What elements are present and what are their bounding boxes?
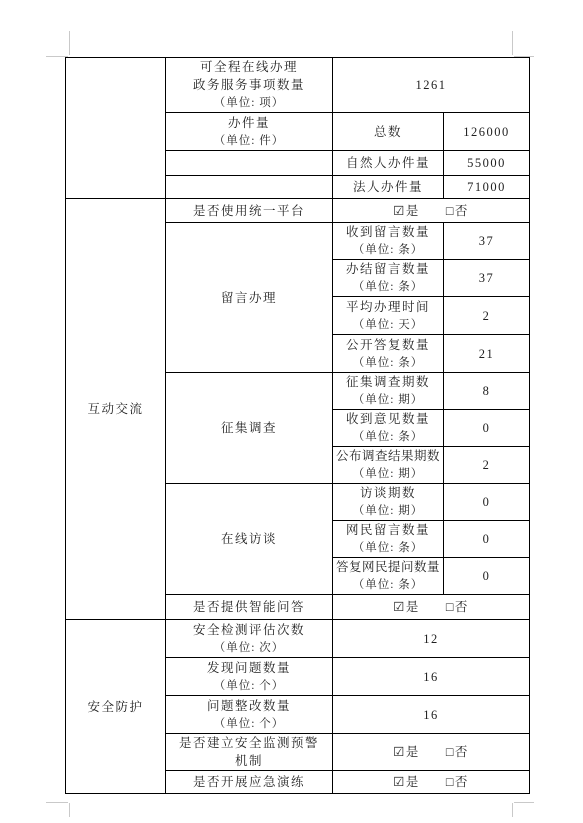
group-survey-collection: 征集调查 bbox=[166, 373, 333, 484]
unit-label: （单位: 条） bbox=[333, 428, 443, 446]
label-line: 平均办理时间 bbox=[333, 298, 443, 316]
value-netizen-messages: 0 bbox=[444, 521, 530, 558]
unit-label: （单位: 期） bbox=[333, 391, 443, 409]
no-checkbox[interactable]: □否 bbox=[446, 204, 469, 218]
no-checkbox[interactable]: □否 bbox=[446, 600, 469, 614]
checkbox-smart-qa: ☑是□否 bbox=[333, 595, 530, 620]
document-page: 可全程在线办理 政务服务事项数量 （单位: 项） 1261 办件量 （单位: 件… bbox=[0, 0, 583, 823]
label-line: 可全程在线办理 bbox=[166, 58, 332, 76]
crop-mark-bottom-left-horizontal bbox=[46, 802, 68, 803]
checkbox-unified-platform: ☑是□否 bbox=[333, 199, 530, 223]
value-interview-periods: 0 bbox=[444, 484, 530, 521]
category-interaction-cell: 互动交流 bbox=[66, 199, 166, 620]
crop-mark-bottom-right-horizontal bbox=[514, 802, 534, 803]
crop-mark-bottom-left-vertical bbox=[69, 803, 70, 817]
label-line: 问题整改数量 bbox=[166, 697, 332, 715]
label-line: 安全检测评估次数 bbox=[166, 621, 332, 639]
value-legal-person-cases: 71000 bbox=[444, 176, 530, 199]
table-row: 互动交流 是否使用统一平台 ☑是□否 bbox=[66, 199, 530, 223]
label-unified-platform: 是否使用统一平台 bbox=[166, 199, 333, 223]
label-line: 答复网民提问数量 bbox=[333, 558, 443, 576]
table-row: 安全防护 安全检测评估次数 （单位: 次） 12 bbox=[66, 620, 530, 658]
table-row: 可全程在线办理 政务服务事项数量 （单位: 项） 1261 bbox=[66, 58, 530, 113]
label-problems-found: 发现问题数量 （单位: 个） bbox=[166, 658, 333, 696]
item-messages-completed: 办结留言数量 （单位: 条） bbox=[333, 260, 444, 297]
value-public-replies: 21 bbox=[444, 335, 530, 373]
item-survey-results-published: 公布调查结果期数 （单位: 期） bbox=[333, 447, 444, 484]
checkbox-monitoring-warning-mechanism: ☑是□否 bbox=[333, 734, 530, 771]
unit-label: （单位: 天） bbox=[333, 316, 443, 334]
value-opinions-received: 0 bbox=[444, 410, 530, 447]
label-case-volume: 办件量 （单位: 件） bbox=[166, 113, 333, 151]
yes-checkbox[interactable]: ☑是 bbox=[393, 745, 420, 759]
yes-checkbox[interactable]: ☑是 bbox=[393, 204, 420, 218]
label-line: 公布调查结果期数 bbox=[333, 447, 443, 465]
label-line: 发现问题数量 bbox=[166, 659, 332, 677]
yes-checkbox[interactable]: ☑是 bbox=[393, 600, 420, 614]
label-line: 网民留言数量 bbox=[333, 521, 443, 539]
item-opinions-received: 收到意见数量 （单位: 条） bbox=[333, 410, 444, 447]
label-line: 访谈期数 bbox=[333, 484, 443, 502]
unit-label: （单位: 条） bbox=[333, 354, 443, 372]
value-survey-results-published: 2 bbox=[444, 447, 530, 484]
value-security-assessments: 12 bbox=[333, 620, 530, 658]
value-messages-received: 37 bbox=[444, 223, 530, 260]
label-line: 公开答复数量 bbox=[333, 336, 443, 354]
yes-checkbox[interactable]: ☑是 bbox=[393, 775, 420, 789]
group-online-interview: 在线访谈 bbox=[166, 484, 333, 595]
item-public-replies: 公开答复数量 （单位: 条） bbox=[333, 335, 444, 373]
item-average-handling-time: 平均办理时间 （单位: 天） bbox=[333, 297, 444, 335]
label-line: 政务服务事项数量 bbox=[166, 76, 332, 94]
unit-label: （单位: 条） bbox=[333, 241, 443, 259]
value-natural-person-cases: 55000 bbox=[444, 151, 530, 176]
crop-mark-top-left-vertical bbox=[69, 31, 70, 55]
category-security-cell: 安全防护 bbox=[66, 620, 166, 794]
group-message-handling: 留言办理 bbox=[166, 223, 333, 373]
label-line: 收到意见数量 bbox=[333, 410, 443, 428]
unit-label: （单位: 条） bbox=[333, 278, 443, 296]
unit-label: （单位: 件） bbox=[166, 132, 332, 150]
no-checkbox[interactable]: □否 bbox=[446, 775, 469, 789]
statistics-table: 可全程在线办理 政务服务事项数量 （单位: 项） 1261 办件量 （单位: 件… bbox=[65, 57, 530, 794]
label-online-processable-items: 可全程在线办理 政务服务事项数量 （单位: 项） bbox=[166, 58, 333, 113]
label-problems-rectified: 问题整改数量 （单位: 个） bbox=[166, 696, 333, 734]
unit-label: （单位: 期） bbox=[333, 502, 443, 520]
value-problems-rectified: 16 bbox=[333, 696, 530, 734]
value-survey-periods: 8 bbox=[444, 373, 530, 410]
label-emergency-drill: 是否开展应急演练 bbox=[166, 771, 333, 794]
value-problems-found: 16 bbox=[333, 658, 530, 696]
value-average-handling-time: 2 bbox=[444, 297, 530, 335]
value-total-cases: 126000 bbox=[444, 113, 530, 151]
item-messages-received: 收到留言数量 （单位: 条） bbox=[333, 223, 444, 260]
label-empty-cell bbox=[166, 176, 333, 199]
unit-label: （单位: 个） bbox=[166, 677, 332, 695]
label-line: 收到留言数量 bbox=[333, 223, 443, 241]
value-netizen-questions-answered: 0 bbox=[444, 558, 530, 595]
label-line: 机制 bbox=[166, 752, 332, 770]
label-empty-cell bbox=[166, 151, 333, 176]
category-empty-cell bbox=[66, 58, 166, 199]
unit-label: （单位: 条） bbox=[333, 576, 443, 594]
no-checkbox[interactable]: □否 bbox=[446, 745, 469, 759]
value-online-processable-items: 1261 bbox=[333, 58, 530, 113]
unit-label: （单位: 期） bbox=[333, 465, 443, 483]
item-netizen-questions-answered: 答复网民提问数量 （单位: 条） bbox=[333, 558, 444, 595]
checkbox-emergency-drill: ☑是□否 bbox=[333, 771, 530, 794]
crop-mark-top-right-vertical bbox=[512, 31, 513, 55]
label-line: 办件量 bbox=[166, 114, 332, 132]
item-survey-periods: 征集调查期数 （单位: 期） bbox=[333, 373, 444, 410]
label-line: 办结留言数量 bbox=[333, 260, 443, 278]
value-messages-completed: 37 bbox=[444, 260, 530, 297]
label-line: 是否建立安全监测预警 bbox=[166, 734, 332, 752]
label-security-assessments: 安全检测评估次数 （单位: 次） bbox=[166, 620, 333, 658]
item-legal-person-cases: 法人办件量 bbox=[333, 176, 444, 199]
label-line: 征集调查期数 bbox=[333, 373, 443, 391]
unit-label: （单位: 条） bbox=[333, 539, 443, 557]
label-monitoring-warning-mechanism: 是否建立安全监测预警 机制 bbox=[166, 734, 333, 771]
item-total-cases: 总数 bbox=[333, 113, 444, 151]
item-natural-person-cases: 自然人办件量 bbox=[333, 151, 444, 176]
label-smart-qa: 是否提供智能问答 bbox=[166, 595, 333, 620]
unit-label: （单位: 项） bbox=[166, 94, 332, 112]
crop-mark-bottom-right-vertical bbox=[512, 803, 513, 817]
item-interview-periods: 访谈期数 （单位: 期） bbox=[333, 484, 444, 521]
item-netizen-messages: 网民留言数量 （单位: 条） bbox=[333, 521, 444, 558]
unit-label: （单位: 个） bbox=[166, 715, 332, 733]
unit-label: （单位: 次） bbox=[166, 639, 332, 657]
